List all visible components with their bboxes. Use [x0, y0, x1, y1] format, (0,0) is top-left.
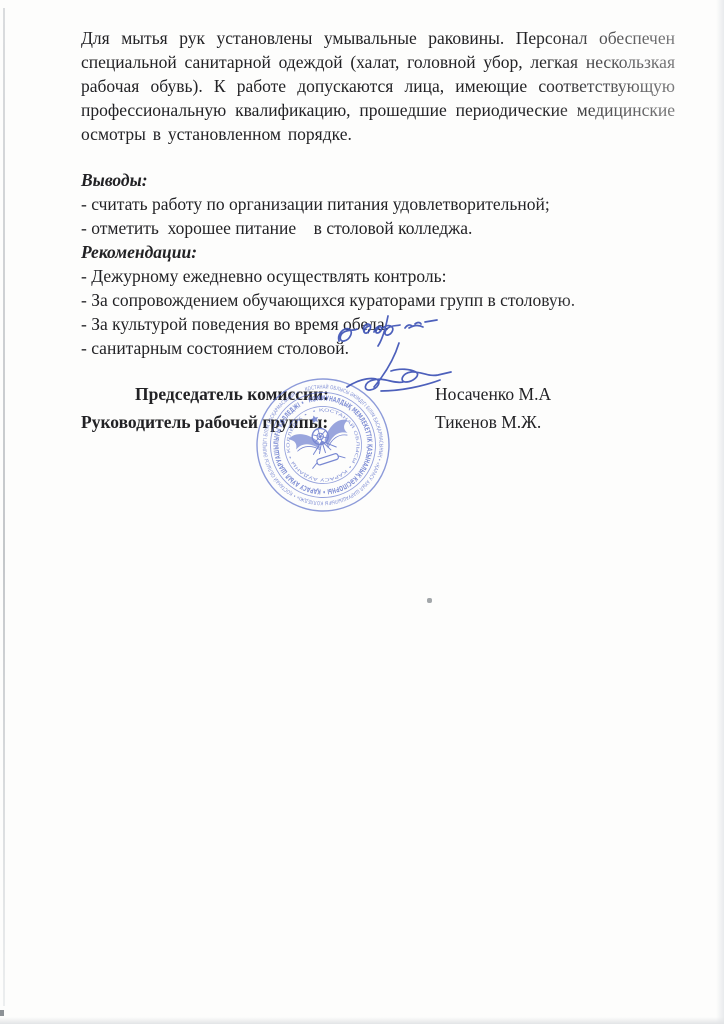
recommendations-heading: Рекомендации:: [81, 240, 675, 264]
signature-stroke-group-leader: [347, 343, 451, 391]
dust-speck: [427, 598, 432, 603]
handwritten-signatures: [320, 312, 480, 407]
conclusions-heading: Выводы:: [81, 168, 675, 192]
signature-name: Тикенов М.Ж.: [435, 410, 541, 434]
recommendation-item: - За сопровождением обучающихся куратора…: [81, 288, 675, 312]
conclusion-item: - считать работу по организации питания …: [81, 192, 675, 216]
corner-speck: [0, 1010, 4, 1016]
document-page: Для мытья рук установлены умывальные рак…: [0, 0, 724, 1024]
recommendation-item: - Дежурному ежедневно осуществлять контр…: [81, 264, 675, 288]
body-paragraph: Для мытья рук установлены умывальные рак…: [81, 26, 675, 146]
signature-stroke-chairman: [339, 316, 437, 346]
scan-left-fold-line: [3, 8, 5, 1006]
scan-bottom-edge-shadow: [0, 1017, 724, 1024]
conclusion-item: - отметить хорошее питание в столовой ко…: [81, 216, 675, 240]
scan-right-edge-shadow: [716, 0, 724, 1024]
